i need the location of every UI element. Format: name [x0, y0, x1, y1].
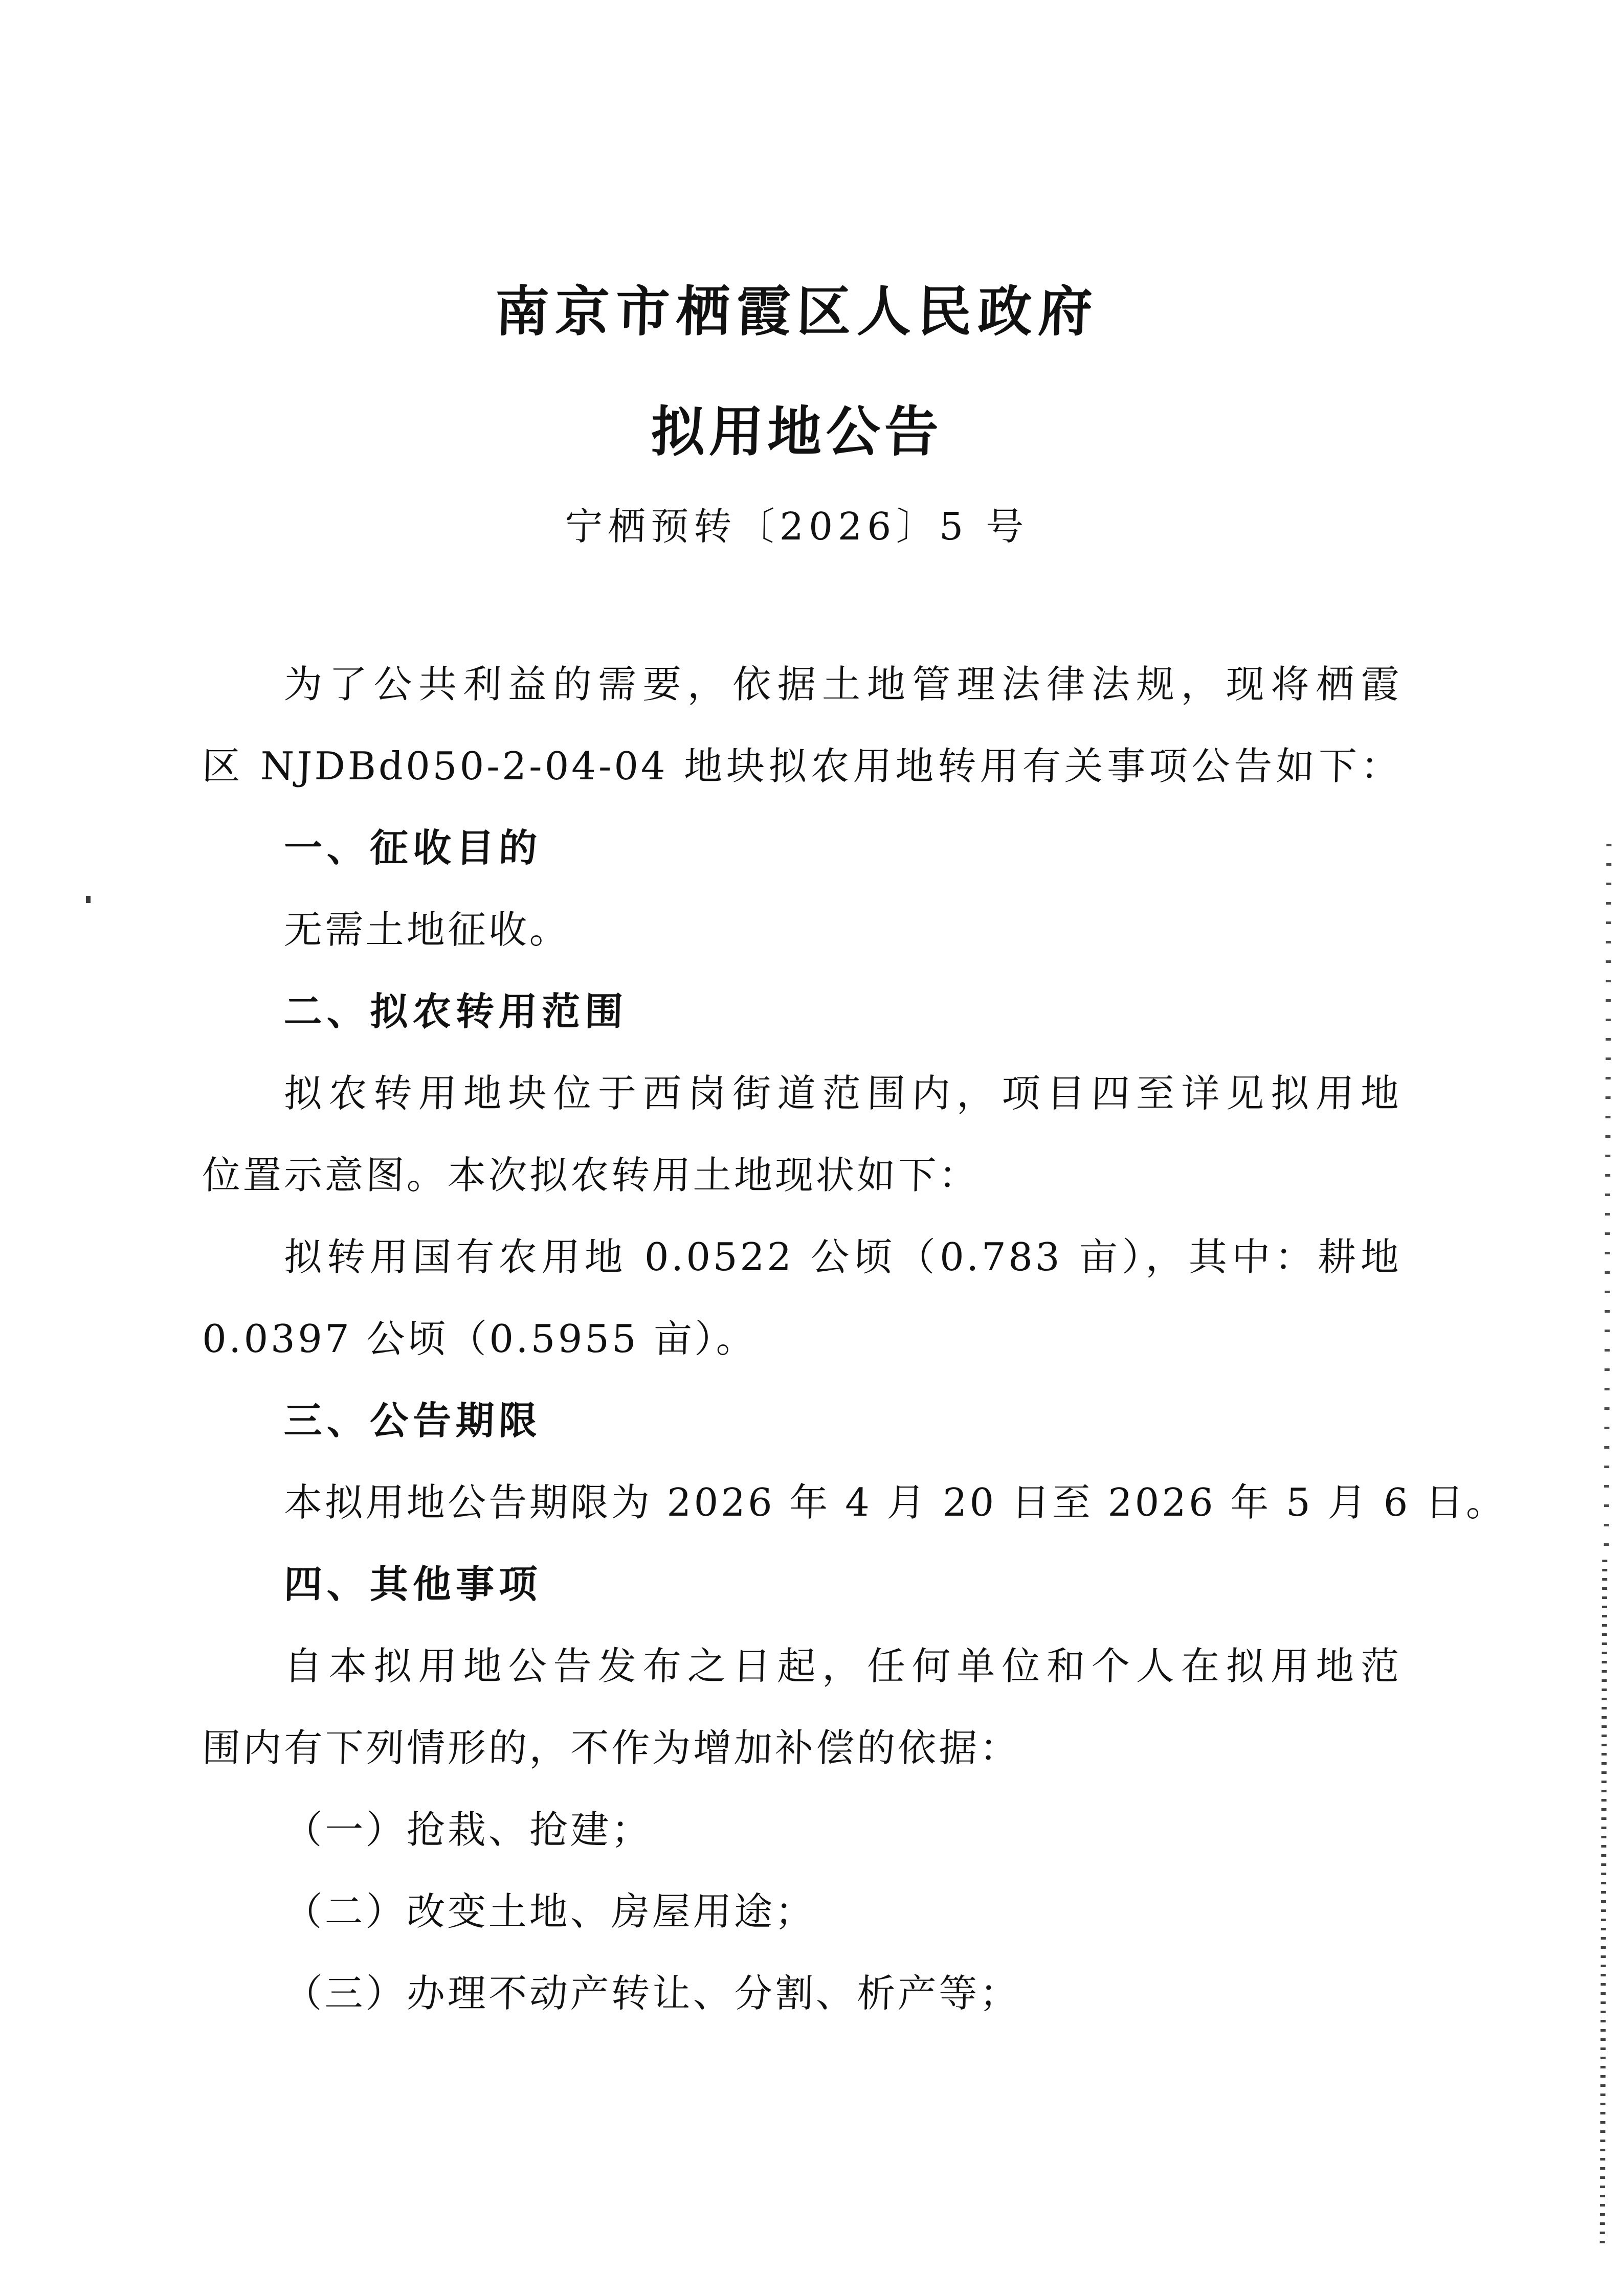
section-heading-4: 四、其他事项 — [201, 1543, 1403, 1625]
doc-title: 南京市栖霞区人民政府 — [0, 279, 1594, 345]
document-line: （一）抢栽、抢建； — [201, 1789, 1403, 1871]
scan-edge-artifact — [1604, 844, 1612, 1560]
document-line: 0.0397 公顷（0.5955 亩）。 — [201, 1298, 1403, 1380]
document-line: 位置示意图。本次拟农转用土地现状如下： — [201, 1134, 1403, 1216]
document-line: 自本拟用地公告发布之日起，任何单位和个人在拟用地范 — [201, 1625, 1403, 1707]
document-body: 为了公共利益的需要，依据土地管理法律法规，现将栖霞 区 NJDBd050-2-0… — [202, 643, 1401, 2034]
document-header: 南京市栖霞区人民政府 拟用地公告 宁栖预转〔2026〕5 号 — [0, 279, 1593, 550]
document-line: 区 NJDBd050-2-04-04 地块拟农用地转用有关事项公告如下： — [201, 725, 1403, 807]
section-heading-2: 二、拟农转用范围 — [201, 971, 1403, 1052]
scan-edge-artifact — [1600, 1560, 1608, 2245]
document-line: 无需土地征收。 — [201, 889, 1403, 971]
scan-speck — [86, 896, 91, 903]
document-line: 本拟用地公告期限为 2026 年 4 月 20 日至 2026 年 5 月 6 … — [201, 1461, 1403, 1543]
document-line: （三）办理不动产转让、分割、析产等； — [201, 1952, 1403, 2034]
document-line: 为了公共利益的需要，依据土地管理法律法规，现将栖霞 — [201, 643, 1403, 725]
document-line: 围内有下列情形的，不作为增加补偿的依据： — [201, 1707, 1403, 1789]
document-line: 拟农转用地块位于西岗街道范围内，项目四至详见拟用地 — [201, 1052, 1403, 1134]
section-heading-3: 三、公告期限 — [201, 1380, 1403, 1461]
document-line: 拟转用国有农用地 0.0522 公顷（0.783 亩），其中：耕地 — [201, 1216, 1403, 1298]
doc-subtitle: 拟用地公告 — [0, 399, 1594, 465]
document-line: （二）改变土地、房屋用途； — [201, 1871, 1403, 1952]
section-heading-1: 一、征收目的 — [201, 807, 1403, 889]
scanned-page: 南京市栖霞区人民政府 拟用地公告 宁栖预转〔2026〕5 号 为了公共利益的需要… — [0, 0, 1624, 2296]
doc-number: 宁栖预转〔2026〕5 号 — [0, 504, 1594, 550]
